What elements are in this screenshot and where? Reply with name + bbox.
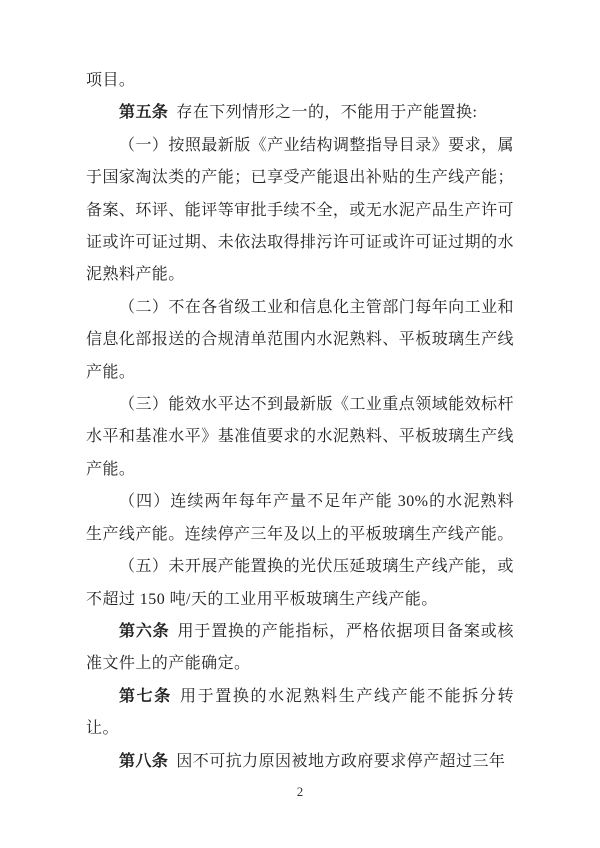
clause-item-1: （一）按照最新版《产业结构调整指导目录》要求，属于国家淘汰类的产能；已享受产能退… [86,130,514,292]
article-7-label: 第七条 [119,688,172,705]
paragraph-text: 因不可抗力原因被地方政府要求停产超过三年 [176,753,505,770]
article-8-paragraph: 第八条因不可抗力原因被地方政府要求停产超过三年 [86,746,514,778]
article-6-paragraph: 第六条用于置换的产能指标，严格依据项目备案或核准文件上的产能确定。 [86,616,514,681]
page-number: 2 [0,784,600,800]
paragraph-continuation: 项目。 [86,65,514,97]
paragraph-text: （五）未开展产能置换的光伏压延玻璃生产线产能，或不超过 150 吨/天的工业用平… [86,558,514,607]
paragraph-text: （一）按照最新版《产业结构调整指导目录》要求，属于国家淘汰类的产能；已享受产能退… [86,137,514,284]
article-7-paragraph: 第七条用于置换的水泥熟料生产线产能不能拆分转让。 [86,681,514,746]
article-5-paragraph: 第五条存在下列情形之一的，不能用于产能置换: [86,97,514,129]
paragraph-text: 项目。 [86,72,135,89]
article-5-label: 第五条 [119,104,168,121]
paragraph-text: （二）不在各省级工业和信息化主管部门每年向工业和信息化部报送的合规清单范围内水泥… [86,299,514,381]
document-body: 项目。 第五条存在下列情形之一的，不能用于产能置换: （一）按照最新版《产业结构… [86,65,514,778]
clause-item-3: （三）能效水平达不到最新版《工业重点领域能效标杆水平和基准水平》基准值要求的水泥… [86,389,514,486]
clause-item-4: （四）连续两年每年产量不足年产能 30%的水泥熟料生产线产能。连续停产三年及以上… [86,486,514,551]
paragraph-text: （四）连续两年每年产量不足年产能 30%的水泥熟料生产线产能。连续停产三年及以上… [86,493,514,542]
document-page: 项目。 第五条存在下列情形之一的，不能用于产能置换: （一）按照最新版《产业结构… [0,0,600,848]
paragraph-text: 存在下列情形之一的，不能用于产能置换: [176,104,477,121]
clause-item-5: （五）未开展产能置换的光伏压延玻璃生产线产能，或不超过 150 吨/天的工业用平… [86,551,514,616]
article-6-label: 第六条 [119,623,170,640]
article-8-label: 第八条 [119,753,168,770]
clause-item-2: （二）不在各省级工业和信息化主管部门每年向工业和信息化部报送的合规清单范围内水泥… [86,292,514,389]
paragraph-text: （三）能效水平达不到最新版《工业重点领域能效标杆水平和基准水平》基准值要求的水泥… [86,396,514,478]
